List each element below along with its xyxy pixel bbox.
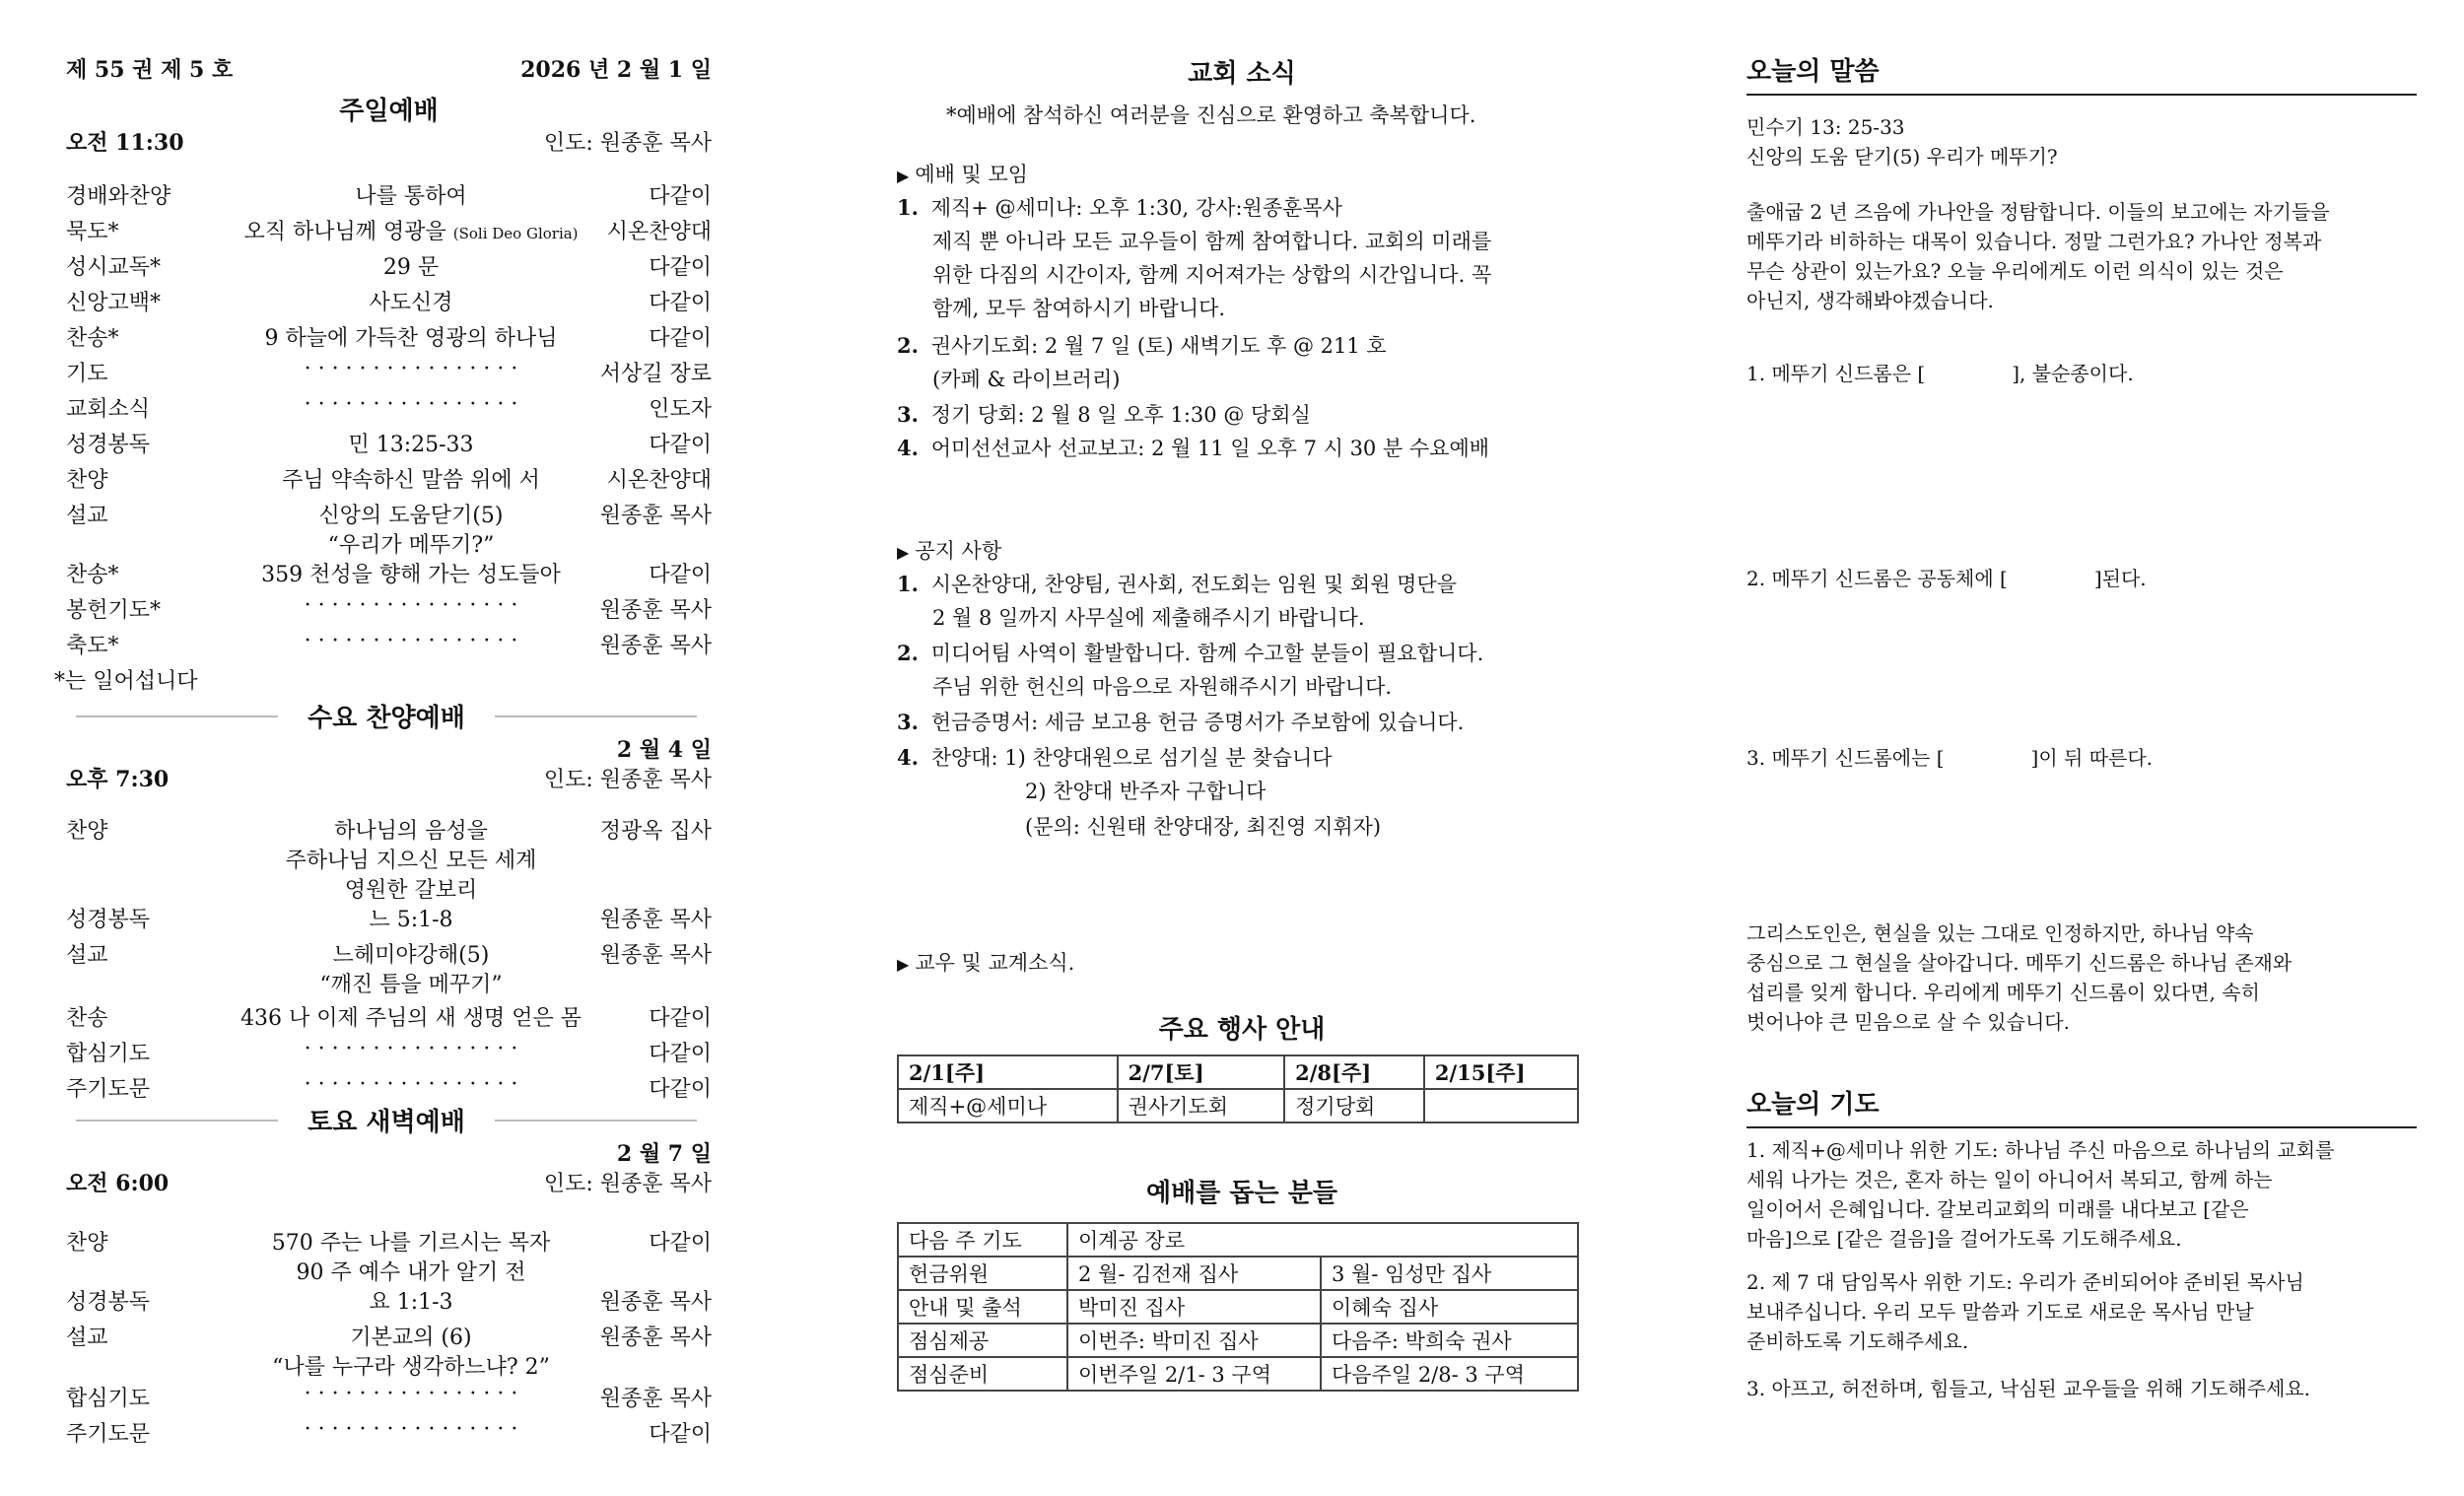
order-row: 설교신앙의 도움닫기(5)원종훈 목사: [66, 499, 712, 532]
order-row: “깨진 틈을 메꾸기”: [66, 968, 712, 1001]
wednesday-leader: 인도: 원종훈 목사: [544, 763, 712, 793]
list-item-line: 2) 찬양대 반주자 구합니다: [1025, 775, 1266, 808]
sunday-service-title: 주일예배: [66, 91, 712, 127]
divider: [76, 715, 278, 717]
table-cell: 제직+@세미나: [898, 1089, 1118, 1122]
table-cell: 2/7[토]: [1118, 1055, 1285, 1089]
order-row: 90 주 예수 내가 알기 전: [66, 1256, 712, 1289]
fill-in-blank-2: 2. 메뚜기 신드롬은 공동체에 []된다.: [1746, 564, 2147, 593]
table-cell: 이혜숙 집사: [1321, 1290, 1578, 1324]
order-row: 경배와찬양나를 통하여다같이: [66, 179, 712, 213]
order-row: 설교기본교의 (6)원종훈 목사: [66, 1321, 712, 1354]
order-row: 성경봉독느 5:1-8원종훈 목사: [66, 903, 712, 936]
helpers-title: 예배를 돕는 분들: [897, 1173, 1587, 1209]
table-cell: 2/8[주]: [1284, 1055, 1424, 1089]
list-item-line: (카페 & 라이브러리): [932, 363, 1120, 396]
fill-in-blank-3: 3. 메뚜기 신드롬에는 []이 뒤 따른다.: [1746, 743, 2153, 773]
prayer-line: 마음]으로 [같은 걸음]을 걸어가도록 기도해주세요.: [1746, 1224, 2182, 1254]
prayer-line: 준비하도록 기도해주세요.: [1746, 1326, 1968, 1356]
triangle-bullet-icon: ▶: [897, 543, 909, 562]
order-row: “나를 누구라 생각하느냐? 2”: [66, 1350, 712, 1384]
order-row: 주기도문· · · · · · · · · · · · · · · ·다같이: [66, 1417, 712, 1451]
order-row: 기도· · · · · · · · · · · · · · · ·서상길 장로: [66, 357, 712, 390]
order-row: 성경봉독요 1:1-3원종훈 목사: [66, 1285, 712, 1319]
table-cell: 박미진 집사: [1067, 1290, 1321, 1324]
standing-note: *는 일어섭니다: [54, 664, 198, 695]
events-table: 2/1[주] 2/7[토] 2/8[주] 2/15[주] 제직+@세미나 권사기…: [897, 1054, 1579, 1123]
paragraph-line: 메뚜기라 비하하는 대목이 있습니다. 정말 그런가요? 가나안 정복과: [1746, 227, 2321, 256]
order-row: 성시교독*29 문다같이: [66, 250, 712, 284]
list-item: 2. 미디어팀 사역이 활발합니다. 함께 수고할 분들이 필요합니다.: [897, 637, 1483, 670]
paragraph-line: 무슨 상관이 있는가요? 오늘 우리에게도 이런 의식이 있는 것은: [1746, 256, 2284, 286]
table-cell: 2/1[주]: [898, 1055, 1118, 1089]
table-row: 다음 주 기도이계공 장로: [898, 1223, 1578, 1257]
prayer-line: 보내주십니다. 우리 모두 말씀과 기도로 새로운 목사님 만날: [1746, 1297, 2254, 1326]
sunday-leader: 인도: 원종훈 목사: [544, 126, 712, 157]
sermon-subtitle: 신앙의 도움 닫기(5) 우리가 메뚜기?: [1746, 142, 2058, 171]
order-row: 교회소식· · · · · · · · · · · · · · · ·인도자: [66, 392, 712, 426]
table-cell: 다음 주 기도: [898, 1223, 1067, 1257]
table-row: 점심준비이번주일 2/1- 3 구역다음주일 2/8- 3 구역: [898, 1357, 1578, 1391]
worship-heading: ▶예배 및 모임: [897, 158, 1028, 193]
triangle-bullet-icon: ▶: [897, 955, 909, 974]
order-row: 찬양570 주는 나를 기르시는 목자다같이: [66, 1226, 712, 1259]
divider: [495, 715, 697, 717]
order-row: “우리가 메뚜기?”: [66, 528, 712, 562]
paragraph-line: 중심으로 그 현실을 살아갑니다. 메뚜기 신드롬은 하나님 존재와: [1746, 948, 2292, 978]
wednesday-service-title: 수요 찬양예배: [76, 698, 697, 734]
events-header-row: 2/1[주] 2/7[토] 2/8[주] 2/15[주]: [898, 1055, 1578, 1089]
table-cell: 점심제공: [898, 1324, 1067, 1357]
prayer-line: 3. 아프고, 허전하며, 힘들고, 낙심된 교우들을 위해 기도해주세요.: [1746, 1374, 2310, 1403]
table-cell: 권사기도회: [1118, 1089, 1285, 1122]
todays-prayer-title: 오늘의 기도: [1746, 1084, 2417, 1128]
saturday-date: 2 월 7 일: [617, 1137, 712, 1168]
order-row: 성경봉독민 13:25-33다같이: [66, 428, 712, 461]
fill-in-blank-1: 1. 메뚜기 신드롬은 [], 불순종이다.: [1746, 359, 2134, 388]
prayer-line: 1. 제직+@세미나 위한 기도: 하나님 주신 마음으로 하나님의 교회를: [1746, 1135, 2334, 1165]
issue-number: 제 55 권 제 5 호: [66, 53, 233, 84]
table-cell: 이번주: 박미진 집사: [1067, 1324, 1321, 1357]
list-item-line: (문의: 신원태 찬양대장, 최진영 지휘자): [1025, 810, 1381, 844]
table-cell: 정기당회: [1284, 1089, 1424, 1122]
welcome-message: *예배에 참석하신 여러분을 진심으로 환영하고 축복합니다.: [946, 99, 1475, 132]
paragraph-line: 출애굽 2 년 즈음에 가나안을 정탐합니다. 이들의 보고에는 자기들을: [1746, 197, 2330, 227]
wednesday-date: 2 월 4 일: [617, 733, 712, 764]
list-item-line: 주님 위한 헌신의 마음으로 자원해주시기 바랍니다.: [932, 670, 1392, 704]
paragraph-line: 그리스도인은, 현실을 있는 그대로 인정하지만, 하나님 약속: [1746, 918, 2254, 948]
order-row: 주하나님 지으신 모든 세계: [66, 844, 712, 877]
order-row: 찬송*9 하늘에 가득찬 영광의 하나님다같이: [66, 321, 712, 355]
table-row: 헌금위원2 월- 김전재 집사3 월- 임성만 집사: [898, 1257, 1578, 1290]
order-row: 합심기도· · · · · · · · · · · · · · · ·다같이: [66, 1037, 712, 1070]
table-cell: 이번주일 2/1- 3 구역: [1067, 1357, 1321, 1391]
list-item: 1. 제직+ @세미나: 오후 1:30, 강사:원종훈목사: [897, 191, 1342, 225]
order-row: 봉헌기도*· · · · · · · · · · · · · · · ·원종훈 …: [66, 593, 712, 627]
sunday-time: 오전 11:30: [66, 126, 184, 157]
events-value-row: 제직+@세미나 권사기도회 정기당회: [898, 1089, 1578, 1122]
list-item-line: 위한 다짐의 시간이자, 함께 지어져가는 상합의 시간입니다. 꼭: [932, 258, 1491, 292]
scripture-reference: 민수기 13: 25-33: [1746, 112, 1905, 142]
list-item-line: 제직 뿐 아니라 모든 교우들이 함께 참여합니다. 교회의 미래를: [932, 225, 1491, 258]
members-heading: ▶교우 및 교계소식.: [897, 946, 1074, 982]
list-item: 1. 시온찬양대, 찬양팀, 권사회, 전도회는 임원 및 회원 명단을: [897, 568, 1457, 601]
order-row: 찬양하나님의 음성을정광옥 집사: [66, 814, 712, 848]
list-item: 4. 찬양대: 1) 찬양대원으로 섬기실 분 찾습니다: [897, 741, 1333, 775]
list-item: 3. 헌금증명서: 세금 보고용 헌금 증명서가 주보함에 있습니다.: [897, 706, 1464, 739]
order-row: 찬송436 나 이제 주님의 새 생명 얻은 몸다같이: [66, 1001, 712, 1035]
divider: [76, 1120, 278, 1122]
wednesday-time: 오후 7:30: [66, 763, 169, 793]
table-cell: 점심준비: [898, 1357, 1067, 1391]
list-item: 2. 권사기도회: 2 월 7 일 (토) 새벽기도 후 @ 211 호: [897, 329, 1387, 363]
paragraph-line: 아닌지, 생각해봐야겠습니다.: [1746, 286, 1994, 315]
list-item: 4. 어미선선교사 선교보고: 2 월 11 일 오후 7 시 30 분 수요예…: [897, 432, 1489, 465]
saturday-service-title: 토요 새벽예배: [76, 1102, 697, 1138]
list-item-line: 함께, 모두 참여하시기 바랍니다.: [932, 292, 1225, 325]
order-row: 영원한 갈보리: [66, 873, 712, 907]
table-cell: 안내 및 출석: [898, 1290, 1067, 1324]
saturday-time: 오전 6:00: [66, 1167, 169, 1197]
paragraph-line: 벗어나야 큰 믿음으로 살 수 있습니다.: [1746, 1007, 2070, 1037]
prayer-line: 일이어서 은혜입니다. 갈보리교회의 미래를 내다보고 [같은: [1746, 1194, 2249, 1224]
triangle-bullet-icon: ▶: [897, 167, 909, 185]
order-row: 찬양주님 약속하신 말씀 위에 서시온찬양대: [66, 463, 712, 497]
saturday-leader: 인도: 원종훈 목사: [544, 1167, 712, 1197]
table-row: 점심제공이번주: 박미진 집사다음주: 박희숙 권사: [898, 1324, 1578, 1357]
table-cell: 3 월- 임성만 집사: [1321, 1257, 1578, 1290]
prayer-line: 세워 나가는 것은, 혼자 하는 일이 아니어서 복되고, 함께 하는: [1746, 1165, 2273, 1194]
table-cell: 다음주: 박희숙 권사: [1321, 1324, 1578, 1357]
order-row: 찬송*359 천성을 향해 가는 성도들아다같이: [66, 558, 712, 591]
list-item-line: 2 월 8 일까지 사무실에 제출해주시기 바랍니다.: [932, 601, 1365, 635]
events-title: 주요 행사 안내: [897, 1009, 1587, 1046]
table-cell: 2 월- 김전재 집사: [1067, 1257, 1321, 1290]
table-cell: 2/15[주]: [1424, 1055, 1578, 1089]
order-row: 설교느헤미야강해(5)원종훈 목사: [66, 938, 712, 972]
todays-word-title: 오늘의 말씀: [1746, 51, 2417, 96]
notices-heading: ▶공지 사항: [897, 534, 1001, 570]
list-item: 3. 정기 당회: 2 월 8 일 오후 1:30 @ 당회실: [897, 398, 1311, 432]
order-row: 합심기도· · · · · · · · · · · · · · · ·원종훈 목…: [66, 1382, 712, 1415]
paragraph-line: 섭리를 잊게 합니다. 우리에게 메뚜기 신드롬이 있다면, 속히: [1746, 978, 2260, 1007]
divider: [495, 1120, 697, 1122]
table-cell: 헌금위원: [898, 1257, 1067, 1290]
table-cell: 이계공 장로: [1067, 1223, 1578, 1257]
table-cell: [1424, 1089, 1578, 1122]
helpers-table: 다음 주 기도이계공 장로 헌금위원2 월- 김전재 집사3 월- 임성만 집사…: [897, 1222, 1579, 1392]
order-row: 묵도*오직 하나님께 영광을 (Soli Deo Gloria)시온찬양대: [66, 215, 712, 248]
church-news-title: 교회 소식: [897, 53, 1587, 90]
prayer-line: 2. 제 7 대 담임목사 위한 기도: 우리가 준비되어야 준비된 목사님: [1746, 1267, 2304, 1297]
order-row: 축도*· · · · · · · · · · · · · · · ·원종훈 목사: [66, 629, 712, 662]
table-cell: 다음주일 2/8- 3 구역: [1321, 1357, 1578, 1391]
bulletin-date: 2026 년 2 월 1 일: [520, 53, 712, 84]
order-row: 주기도문· · · · · · · · · · · · · · · ·다같이: [66, 1072, 712, 1106]
table-row: 안내 및 출석박미진 집사이혜숙 집사: [898, 1290, 1578, 1324]
order-row: 신앙고백*사도신경다같이: [66, 286, 712, 319]
